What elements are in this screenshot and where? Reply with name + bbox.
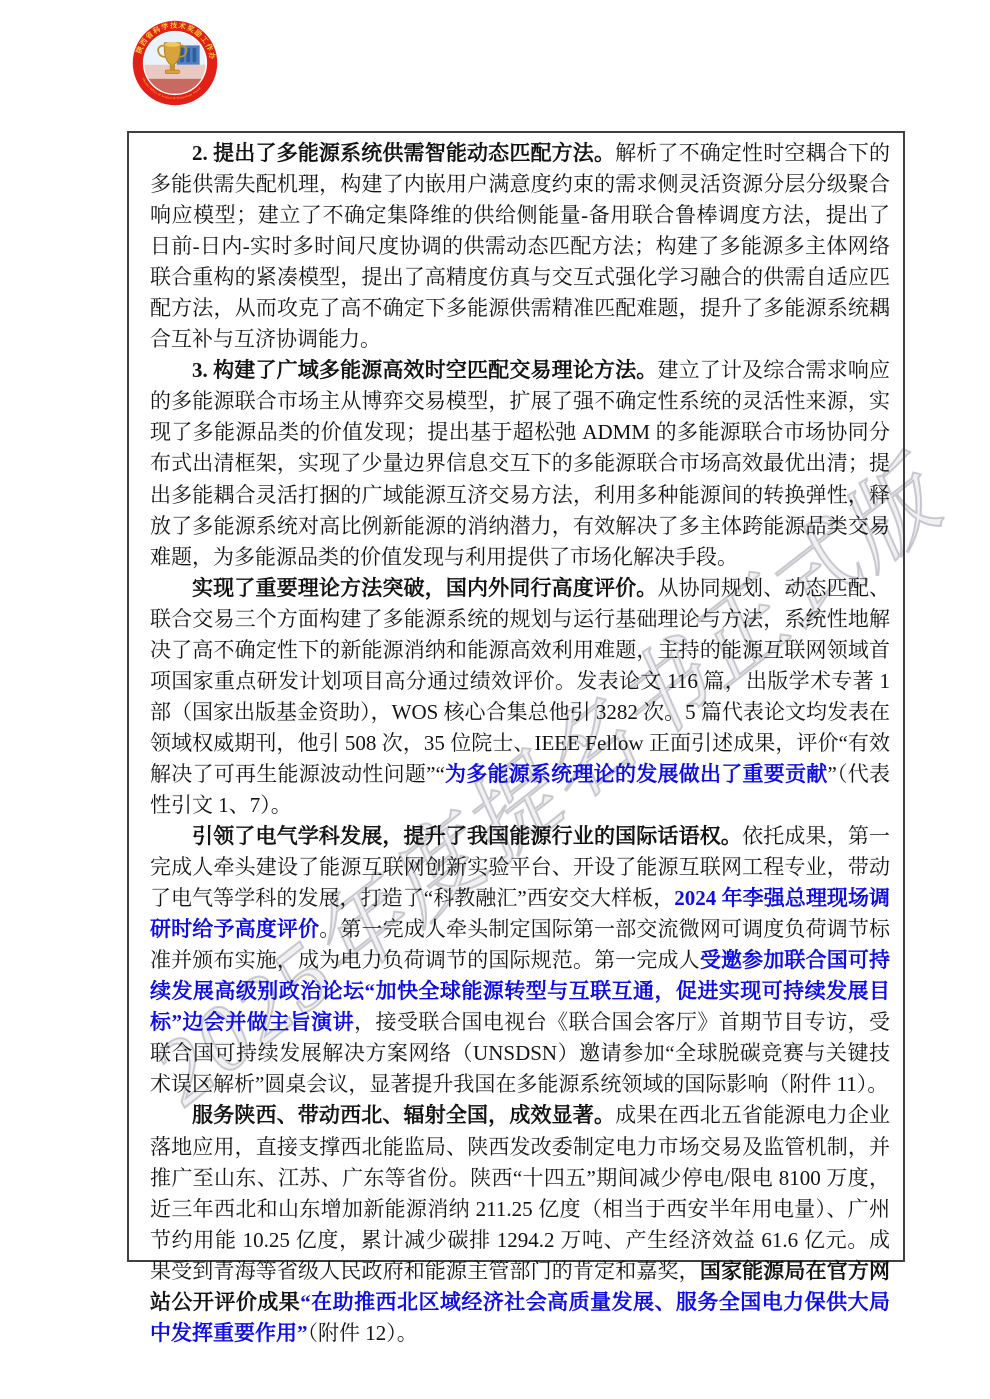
text-run: 解析了不确定性时空耦合下的多能供需失配机理，构建了内嵌用户满意度约束的需求侧灵活… [150, 141, 890, 351]
text-run: 2. 提出了多能源系统供需智能动态匹配方法。 [192, 141, 615, 165]
text-run: 引领了电气学科发展，提升了我国能源行业的国际话语权。 [192, 824, 742, 848]
text-run: 从协同规划、动态匹配、联合交易三个方面构建了多能源系统的规划与运行基础理论与方法… [150, 576, 890, 786]
doc-paragraph: 3. 构建了广域多能源高效时空匹配交易理论方法。建立了计及综合需求响应的多能源联… [150, 355, 890, 572]
text-run: 建立了计及综合需求响应的多能源联合市场主从博弈交易模型，扩展了强不确定性系统的灵… [150, 358, 890, 568]
text-run: 成果在西北五省能源电力企业落地应用，直接支撑西北能监局、陕西发改委制定电力市场交… [150, 1103, 890, 1282]
text-run: 服务陕西、带动西北、辐射全国，成效显著。 [192, 1103, 615, 1127]
text-run: （附件 12）。 [308, 1321, 418, 1345]
document-page: 陕西省科学技术奖励工作办公室 Shaanxi Office of Science… [0, 0, 990, 1399]
text-run: 3. 构建了广域多能源高效时空匹配交易理论方法。 [192, 358, 657, 382]
award-office-seal-logo: 陕西省科学技术奖励工作办公室 Shaanxi Office of Science… [131, 19, 219, 107]
seal-inner-photo [144, 32, 206, 94]
document-body: 2. 提出了多能源系统供需智能动态匹配方法。解析了不确定性时空耦合下的多能供需失… [150, 138, 890, 1349]
doc-paragraph: 引领了电气学科发展，提升了我国能源行业的国际话语权。依托成果，第一完成人牵头建设… [150, 821, 890, 1100]
text-run: 实现了重要理论方法突破，国内外同行高度评价。 [192, 576, 657, 600]
document-cell: 2. 提出了多能源系统供需智能动态匹配方法。解析了不确定性时空耦合下的多能供需失… [127, 131, 905, 1262]
doc-paragraph: 实现了重要理论方法突破，国内外同行高度评价。从协同规划、动态匹配、联合交易三个方… [150, 573, 890, 821]
text-run: 为多能源系统理论的发展做出了重要贡献 [445, 762, 828, 786]
doc-paragraph: 2. 提出了多能源系统供需智能动态匹配方法。解析了不确定性时空耦合下的多能供需失… [150, 138, 890, 355]
doc-paragraph: 服务陕西、带动西北、辐射全国，成效显著。成果在西北五省能源电力企业落地应用，直接… [150, 1100, 890, 1348]
